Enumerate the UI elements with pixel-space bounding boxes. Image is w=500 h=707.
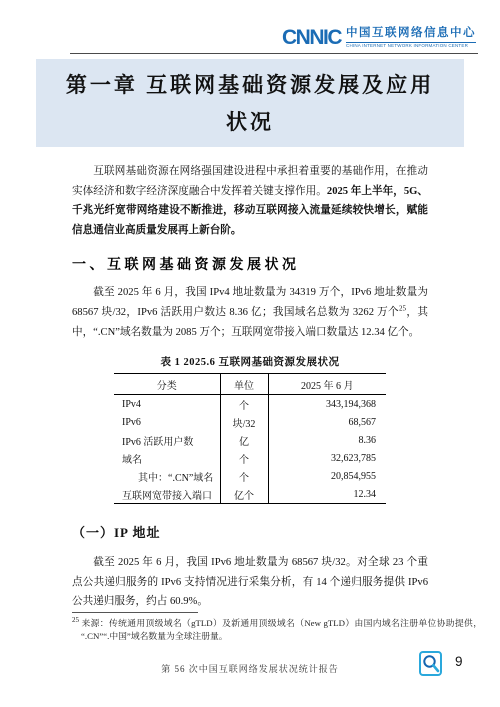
cnnic-logo-names: 中国互联网络信息中心 CHINA INTERNET NETWORK INFORM… bbox=[346, 28, 476, 48]
footnote-marker: 25 bbox=[72, 616, 79, 624]
page-content: 互联网基础资源在网络强国建设进程中承担着重要的基础作用，在推动实体经济和数字经济… bbox=[72, 162, 428, 612]
table-cell-unit: 亿个 bbox=[220, 485, 268, 504]
footnote-area: 25 来源：传统通用顶级域名（gTLD）及新通用顶级域名（New gTLD）由国… bbox=[72, 612, 482, 643]
resources-paragraph: 截至 2025 年 6 月，我国 IPv4 地址数量为 34319 万个，IPv… bbox=[72, 283, 428, 342]
footnote-text: 来源：传统通用顶级域名（gTLD）及新通用顶级域名（New gTLD）由国内域名… bbox=[79, 618, 482, 641]
table-row-ipv6-active-users: IPv6 活跃用户数 亿 8.36 bbox=[114, 431, 386, 449]
footnote-divider bbox=[72, 612, 198, 613]
table-cell-value: 68,567 bbox=[268, 413, 386, 431]
ip-paragraph: 截至 2025 年 6 月，我国 IPv6 地址数量为 68567 块/32。对… bbox=[72, 553, 428, 612]
table-cell-value: 12.34 bbox=[268, 485, 386, 504]
table-row-cn-domains: 其中：“.CN”域名 个 20,854,955 bbox=[114, 467, 386, 485]
cnnic-logo-wordmark: CNNIC bbox=[282, 26, 341, 50]
header-divider bbox=[70, 53, 478, 54]
table-cell-unit: 块/32 bbox=[220, 413, 268, 431]
table-cell-value: 32,623,785 bbox=[268, 449, 386, 467]
table-row-domains: 域名 个 32,623,785 bbox=[114, 449, 386, 467]
table-cell-unit: 亿 bbox=[220, 431, 268, 449]
chapter-title-line1: 第一章 互联网基础资源发展及应用 bbox=[42, 67, 458, 104]
table-cell-category: 域名 bbox=[114, 449, 220, 467]
table-row-ipv6: IPv6 块/32 68,567 bbox=[114, 413, 386, 431]
resources-table: 分类 单位 2025 年 6 月 IPv4 个 343,194,368 IPv6… bbox=[114, 373, 386, 504]
table-cell-category: 互联网宽带接入端口 bbox=[114, 485, 220, 504]
resources-text-before-ref: 截至 2025 年 6 月，我国 IPv4 地址数量为 34319 万个，IPv… bbox=[72, 287, 428, 318]
intro-paragraph: 互联网基础资源在网络强国建设进程中承担着重要的基础作用，在推动实体经济和数字经济… bbox=[72, 162, 428, 240]
table-header-period: 2025 年 6 月 bbox=[268, 374, 386, 395]
page-number: 9 bbox=[455, 654, 463, 669]
table-cell-value: 20,854,955 bbox=[268, 467, 386, 485]
chapter-title-line2: 状况 bbox=[42, 104, 458, 141]
table-header-unit: 单位 bbox=[220, 374, 268, 395]
table-cell-value: 8.36 bbox=[268, 431, 386, 449]
table-cell-category: 其中：“.CN”域名 bbox=[114, 467, 220, 485]
table-row-ipv4: IPv4 个 343,194,368 bbox=[114, 395, 386, 414]
footnote-reference-25: 25 bbox=[399, 304, 406, 312]
cnnic-logo-chinese-name: 中国互联网络信息中心 bbox=[346, 28, 476, 40]
magnifier-report-icon bbox=[419, 651, 442, 676]
subsection-heading-ip: （一）IP 地址 bbox=[72, 522, 428, 541]
section-heading-resources: 一、互联网基础资源发展状况 bbox=[72, 254, 428, 274]
table-cell-category: IPv6 活跃用户数 bbox=[114, 431, 220, 449]
table-row-broadband-ports: 互联网宽带接入端口 亿个 12.34 bbox=[114, 485, 386, 504]
table-cell-unit: 个 bbox=[220, 449, 268, 467]
table-cell-unit: 个 bbox=[220, 467, 268, 485]
cnnic-logo: CNNIC 中国互联网络信息中心 CHINA INTERNET NETWORK … bbox=[282, 26, 476, 50]
footnote-25: 25 来源：传统通用顶级域名（gTLD）及新通用顶级域名（New gTLD）由国… bbox=[72, 617, 482, 643]
chapter-title: 第一章 互联网基础资源发展及应用 状况 bbox=[36, 59, 464, 147]
table-caption: 表 1 2025.6 互联网基础资源发展状况 bbox=[72, 354, 428, 369]
page-footer: 第 56 次中国互联网络发展状况统计报告 9 bbox=[0, 650, 500, 684]
cnnic-logo-english-name: CHINA INTERNET NETWORK INFORMATION CENTE… bbox=[346, 42, 476, 49]
page-header: CNNIC 中国互联网络信息中心 CHINA INTERNET NETWORK … bbox=[0, 0, 500, 53]
table-cell-category: IPv6 bbox=[114, 413, 220, 431]
table-cell-category: IPv4 bbox=[114, 395, 220, 414]
table-cell-unit: 个 bbox=[220, 395, 268, 414]
table-header-row: 分类 单位 2025 年 6 月 bbox=[114, 374, 386, 395]
report-page: CNNIC 中国互联网络信息中心 CHINA INTERNET NETWORK … bbox=[0, 0, 500, 707]
table-header-category: 分类 bbox=[114, 374, 220, 395]
table-cell-value: 343,194,368 bbox=[268, 395, 386, 414]
